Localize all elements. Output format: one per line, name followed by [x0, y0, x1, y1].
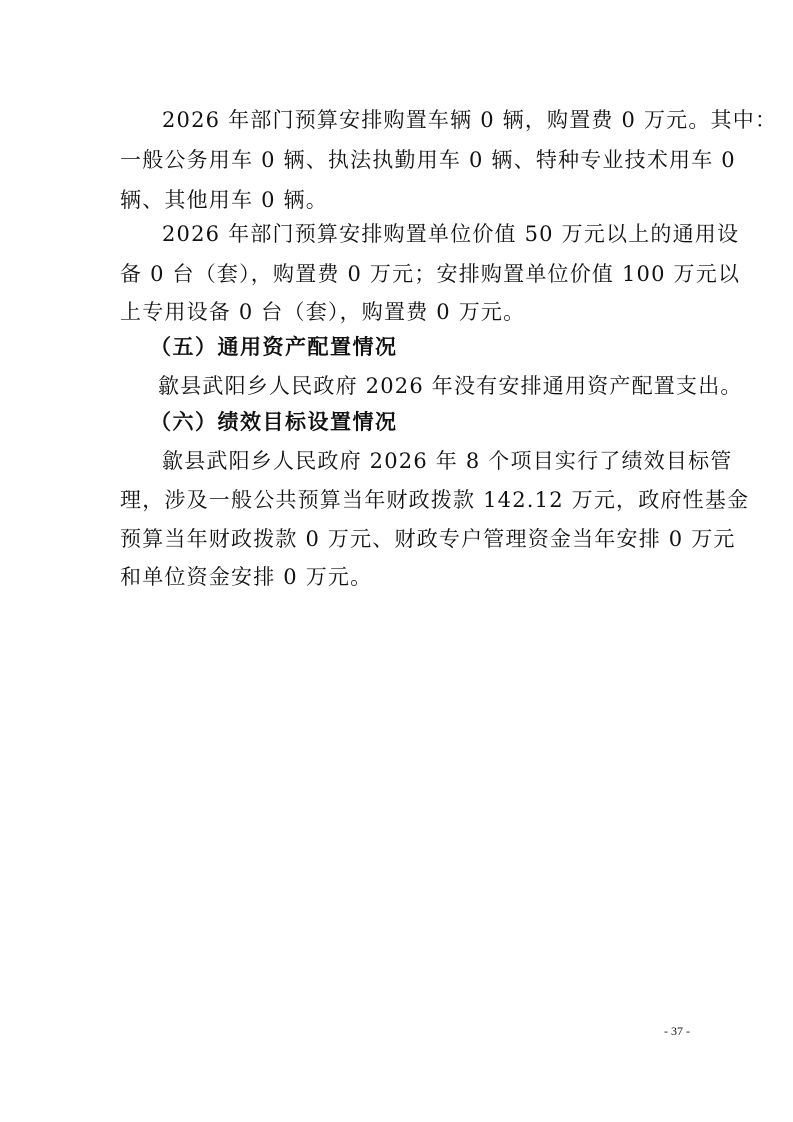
section-6-heading: （六）绩效目标设置情况 [150, 408, 398, 436]
section-6-line-3: 预算当年财政拨款 0 万元、财政专户管理资金当年安排 0 万元 [120, 525, 685, 553]
equipment-paragraph-line-3: 上专用设备 0 台（套），购置费 0 万元。 [120, 298, 685, 326]
vehicle-paragraph-line-3: 辆、其他用车 0 辆。 [120, 186, 685, 214]
document-page: 2026 年部门预算安排购置车辆 0 辆，购置费 0 万元。其中： 一般公务用车… [0, 0, 793, 1122]
section-6-line-2: 理，涉及一般公共预算当年财政拨款 142.12 万元，政府性基金 [120, 486, 685, 514]
page-number: - 37 - [664, 1024, 690, 1039]
section-6-line-4: 和单位资金安排 0 万元。 [120, 563, 685, 591]
equipment-paragraph-line-2: 备 0 台（套），购置费 0 万元；安排购置单位价值 100 万元以 [120, 260, 685, 288]
section-6-line-1: 歙县武阳乡人民政府 2026 年 8 个项目实行了绩效目标管 [162, 447, 685, 475]
section-5-heading: （五）通用资产配置情况 [150, 333, 398, 361]
vehicle-paragraph-line-1: 2026 年部门预算安排购置车辆 0 辆，购置费 0 万元。其中： [162, 106, 685, 134]
vehicle-paragraph-line-2: 一般公务用车 0 辆、执法执勤用车 0 辆、特种专业技术用车 0 [120, 146, 685, 174]
section-5-body: 歙县武阳乡人民政府 2026 年没有安排通用资产配置支出。 [158, 372, 698, 400]
equipment-paragraph-line-1: 2026 年部门预算安排购置单位价值 50 万元以上的通用设 [162, 220, 685, 248]
